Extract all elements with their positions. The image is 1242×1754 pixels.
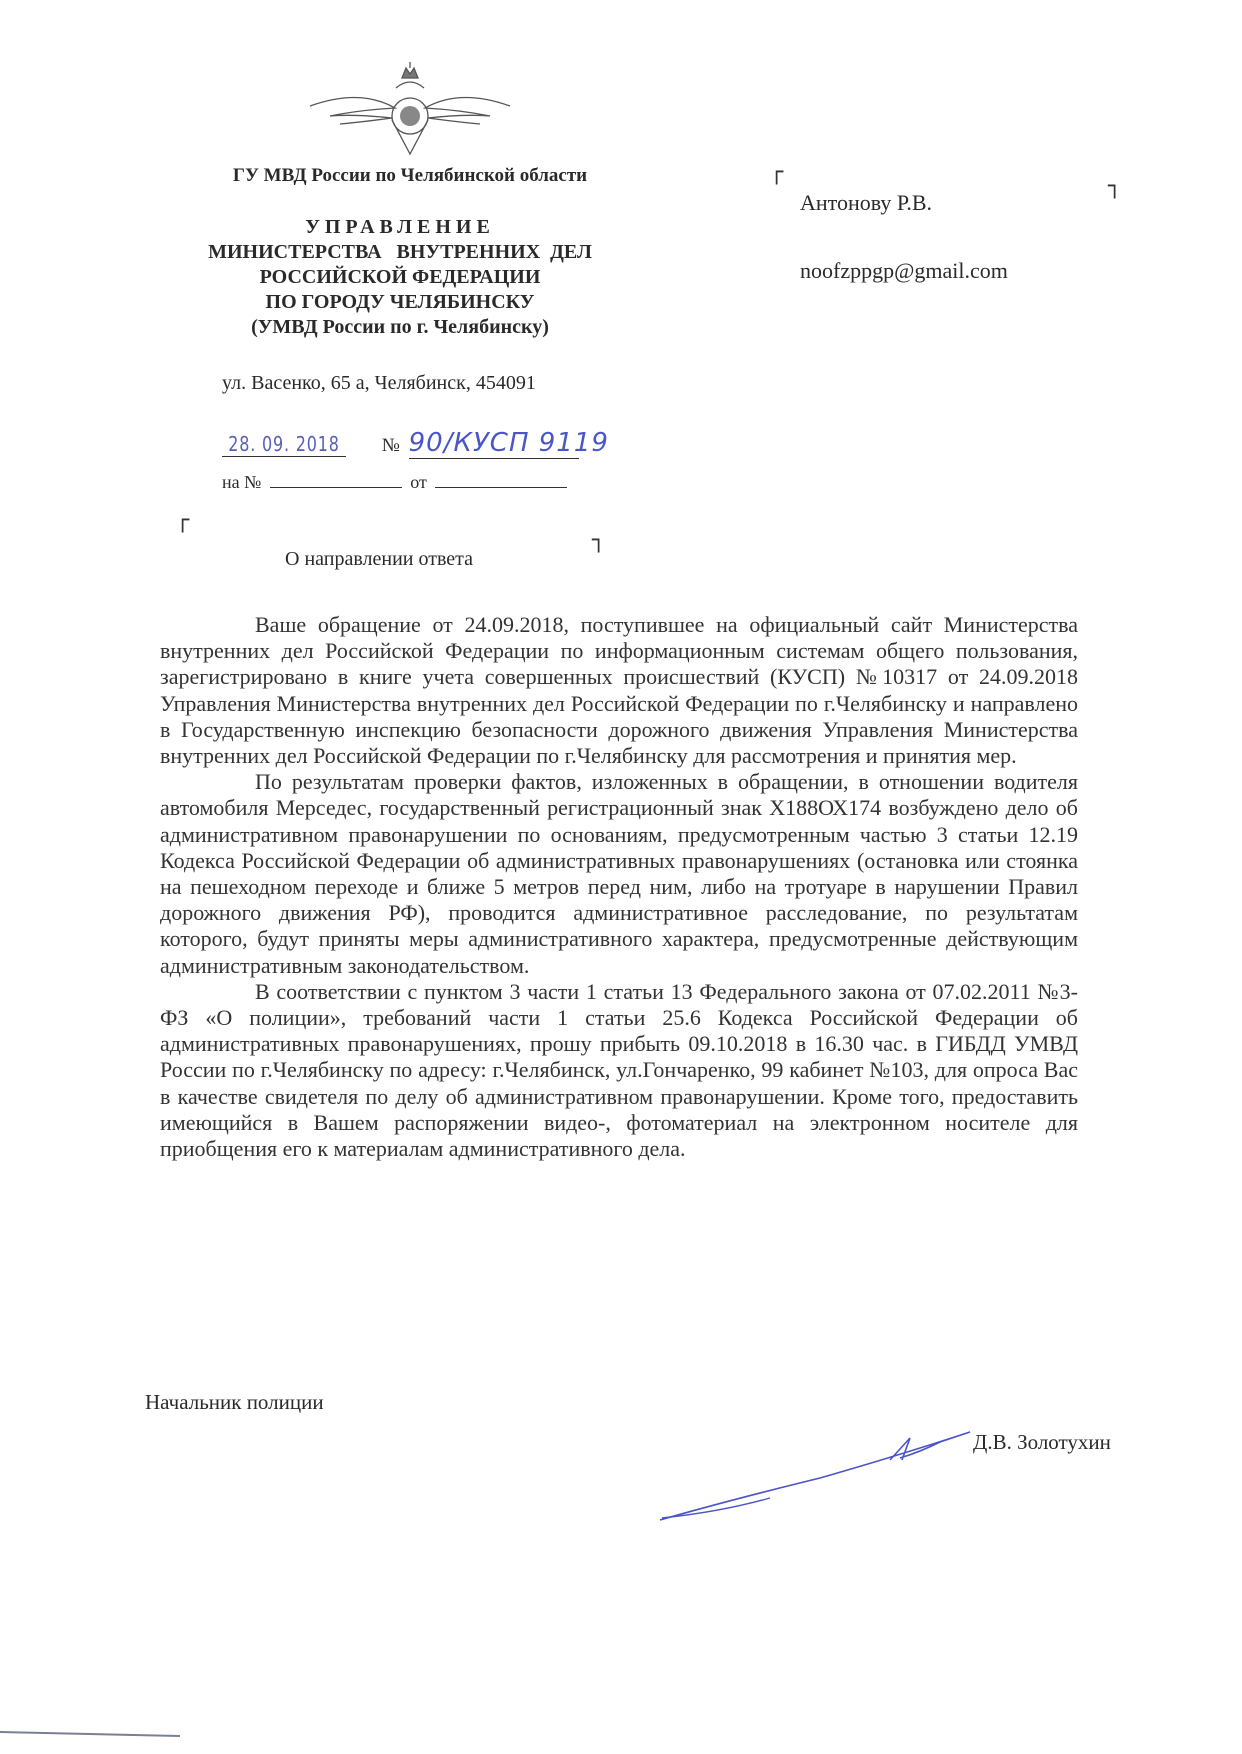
signatory-name: Д.В. Золотухин [973,1430,1111,1455]
mvd-emblem-icon [300,58,520,158]
recipient-bracket-left-icon: ┌ [770,160,783,185]
body-paragraph-3: В соответствии с пунктом 3 части 1 стать… [160,979,1078,1162]
recipient-email: noofzppgp@gmail.com [800,258,1008,284]
reference-line: на № от [222,472,571,493]
ref-number-label: на № [222,472,261,492]
ref-number-blank [270,473,402,488]
org-line-5: (УМВД России по г. Челябинску) [160,315,640,340]
signatory-title: Начальник полиции [145,1390,324,1415]
outgoing-number-handwritten: 90/КУСП 9119 [409,428,579,459]
org-line-4: ПО ГОРОДУ ЧЕЛЯБИНСКУ [160,290,640,315]
org-line-2: МИНИСТЕРСТВА ВНУТРЕННИХ ДЕЛ [160,240,640,265]
letter-subject: О направлении ответа [285,548,473,571]
parent-organization: ГУ МВД России по Челябинской области [160,165,660,187]
organization-name: УПРАВЛЕНИЕ МИНИСТЕРСТВА ВНУТРЕННИХ ДЕЛ Р… [160,215,640,340]
outgoing-date-stamp: 28. 09. 2018 [222,432,346,457]
ref-date-blank [435,473,567,488]
org-address: ул. Васенко, 65 а, Челябинск, 454091 [222,372,536,395]
letter-body: Ваше обращение от 24.09.2018, поступивше… [160,612,1078,1162]
handwritten-signature-icon [640,1420,990,1530]
registration-line: 28. 09. 2018 № 90/КУСП 9119 [222,428,579,459]
body-paragraph-1: Ваше обращение от 24.09.2018, поступивше… [160,612,1078,769]
corner-bracket-left-icon: ┌ [176,508,189,533]
org-line-3: РОССИЙСКОЙ ФЕДЕРАЦИИ [160,265,640,290]
recipient-name: Антонову Р.В. [800,190,932,216]
body-paragraph-2: По результатам проверки фактов, изложенн… [160,769,1078,979]
recipient-bracket-right-icon: ┐ [1108,174,1121,199]
ref-from-label: от [410,472,427,492]
corner-bracket-right-icon: ┐ [592,528,605,553]
org-line-1: УПРАВЛЕНИЕ [160,215,640,240]
scan-edge-mark [0,1730,180,1738]
number-sign: № [382,435,400,456]
